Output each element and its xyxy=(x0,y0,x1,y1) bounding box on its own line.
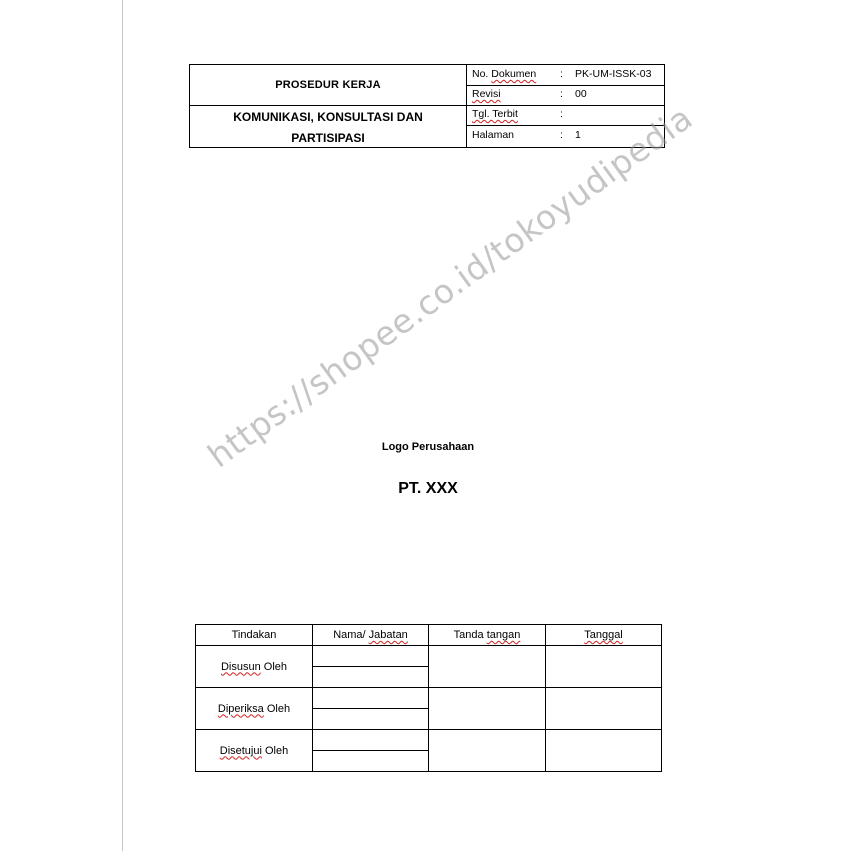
approval-table: Tindakan Nama/ Jabatan Tanda tangan Tang… xyxy=(195,624,662,772)
header-left: PROSEDUR KERJA KOMUNIKASI, KONSULTASI DA… xyxy=(190,65,467,147)
subject-line-2: PARTISIPASI xyxy=(291,131,365,145)
document-subject: KOMUNIKASI, KONSULTASI DAN PARTISIPASI xyxy=(190,106,466,148)
field-label: Tgl. Terbit xyxy=(472,108,518,120)
logo-placeholder: Logo Perusahaan xyxy=(0,441,851,453)
field-label: Revisi xyxy=(472,88,501,100)
position-cell[interactable] xyxy=(313,709,429,730)
name-cell[interactable] xyxy=(313,730,429,751)
action-cell: Disetujui Oleh xyxy=(196,730,313,772)
column-header: Tindakan xyxy=(196,625,313,646)
date-cell[interactable] xyxy=(546,646,662,688)
table-row: Disusun Oleh xyxy=(196,646,662,667)
column-header: Nama/ Jabatan xyxy=(313,625,429,646)
field-revision: Revisi : 00 xyxy=(467,85,664,106)
action-cell: Disusun Oleh xyxy=(196,646,313,688)
signature-cell[interactable] xyxy=(429,646,546,688)
table-header-row: Tindakan Nama/ Jabatan Tanda tangan Tang… xyxy=(196,625,662,646)
signature-cell[interactable] xyxy=(429,688,546,730)
field-label: No. Dokumen xyxy=(472,68,536,80)
signature-cell[interactable] xyxy=(429,730,546,772)
action-cell: Diperiksa Oleh xyxy=(196,688,313,730)
name-cell[interactable] xyxy=(313,688,429,709)
date-cell[interactable] xyxy=(546,730,662,772)
field-issue-date: Tgl. Terbit : xyxy=(467,105,664,126)
table-row: Diperiksa Oleh xyxy=(196,688,662,709)
date-cell[interactable] xyxy=(546,688,662,730)
document-type-title: PROSEDUR KERJA xyxy=(190,65,466,106)
field-separator: : xyxy=(560,88,563,100)
field-separator: : xyxy=(560,129,563,141)
column-header: Tanda tangan xyxy=(429,625,546,646)
name-cell[interactable] xyxy=(313,646,429,667)
field-value: 1 xyxy=(575,129,581,141)
field-value: PK-UM-ISSK-03 xyxy=(575,68,651,80)
field-label: Halaman xyxy=(472,129,514,141)
field-value: 00 xyxy=(575,88,587,100)
position-cell[interactable] xyxy=(313,751,429,772)
company-name: PT. XXX xyxy=(0,480,851,498)
field-separator: : xyxy=(560,68,563,80)
document-header-table: PROSEDUR KERJA KOMUNIKASI, KONSULTASI DA… xyxy=(189,64,665,148)
watermark: https://shopee.co.id/tokoyudipedia xyxy=(201,98,700,475)
position-cell[interactable] xyxy=(313,667,429,688)
field-separator: : xyxy=(560,108,563,120)
table-row: Disetujui Oleh xyxy=(196,730,662,751)
page-edge xyxy=(122,0,123,851)
column-header: Tanggal xyxy=(546,625,662,646)
field-document-number: No. Dokumen : PK-UM-ISSK-03 xyxy=(467,65,664,86)
subject-line-1: KOMUNIKASI, KONSULTASI DAN xyxy=(233,110,423,124)
